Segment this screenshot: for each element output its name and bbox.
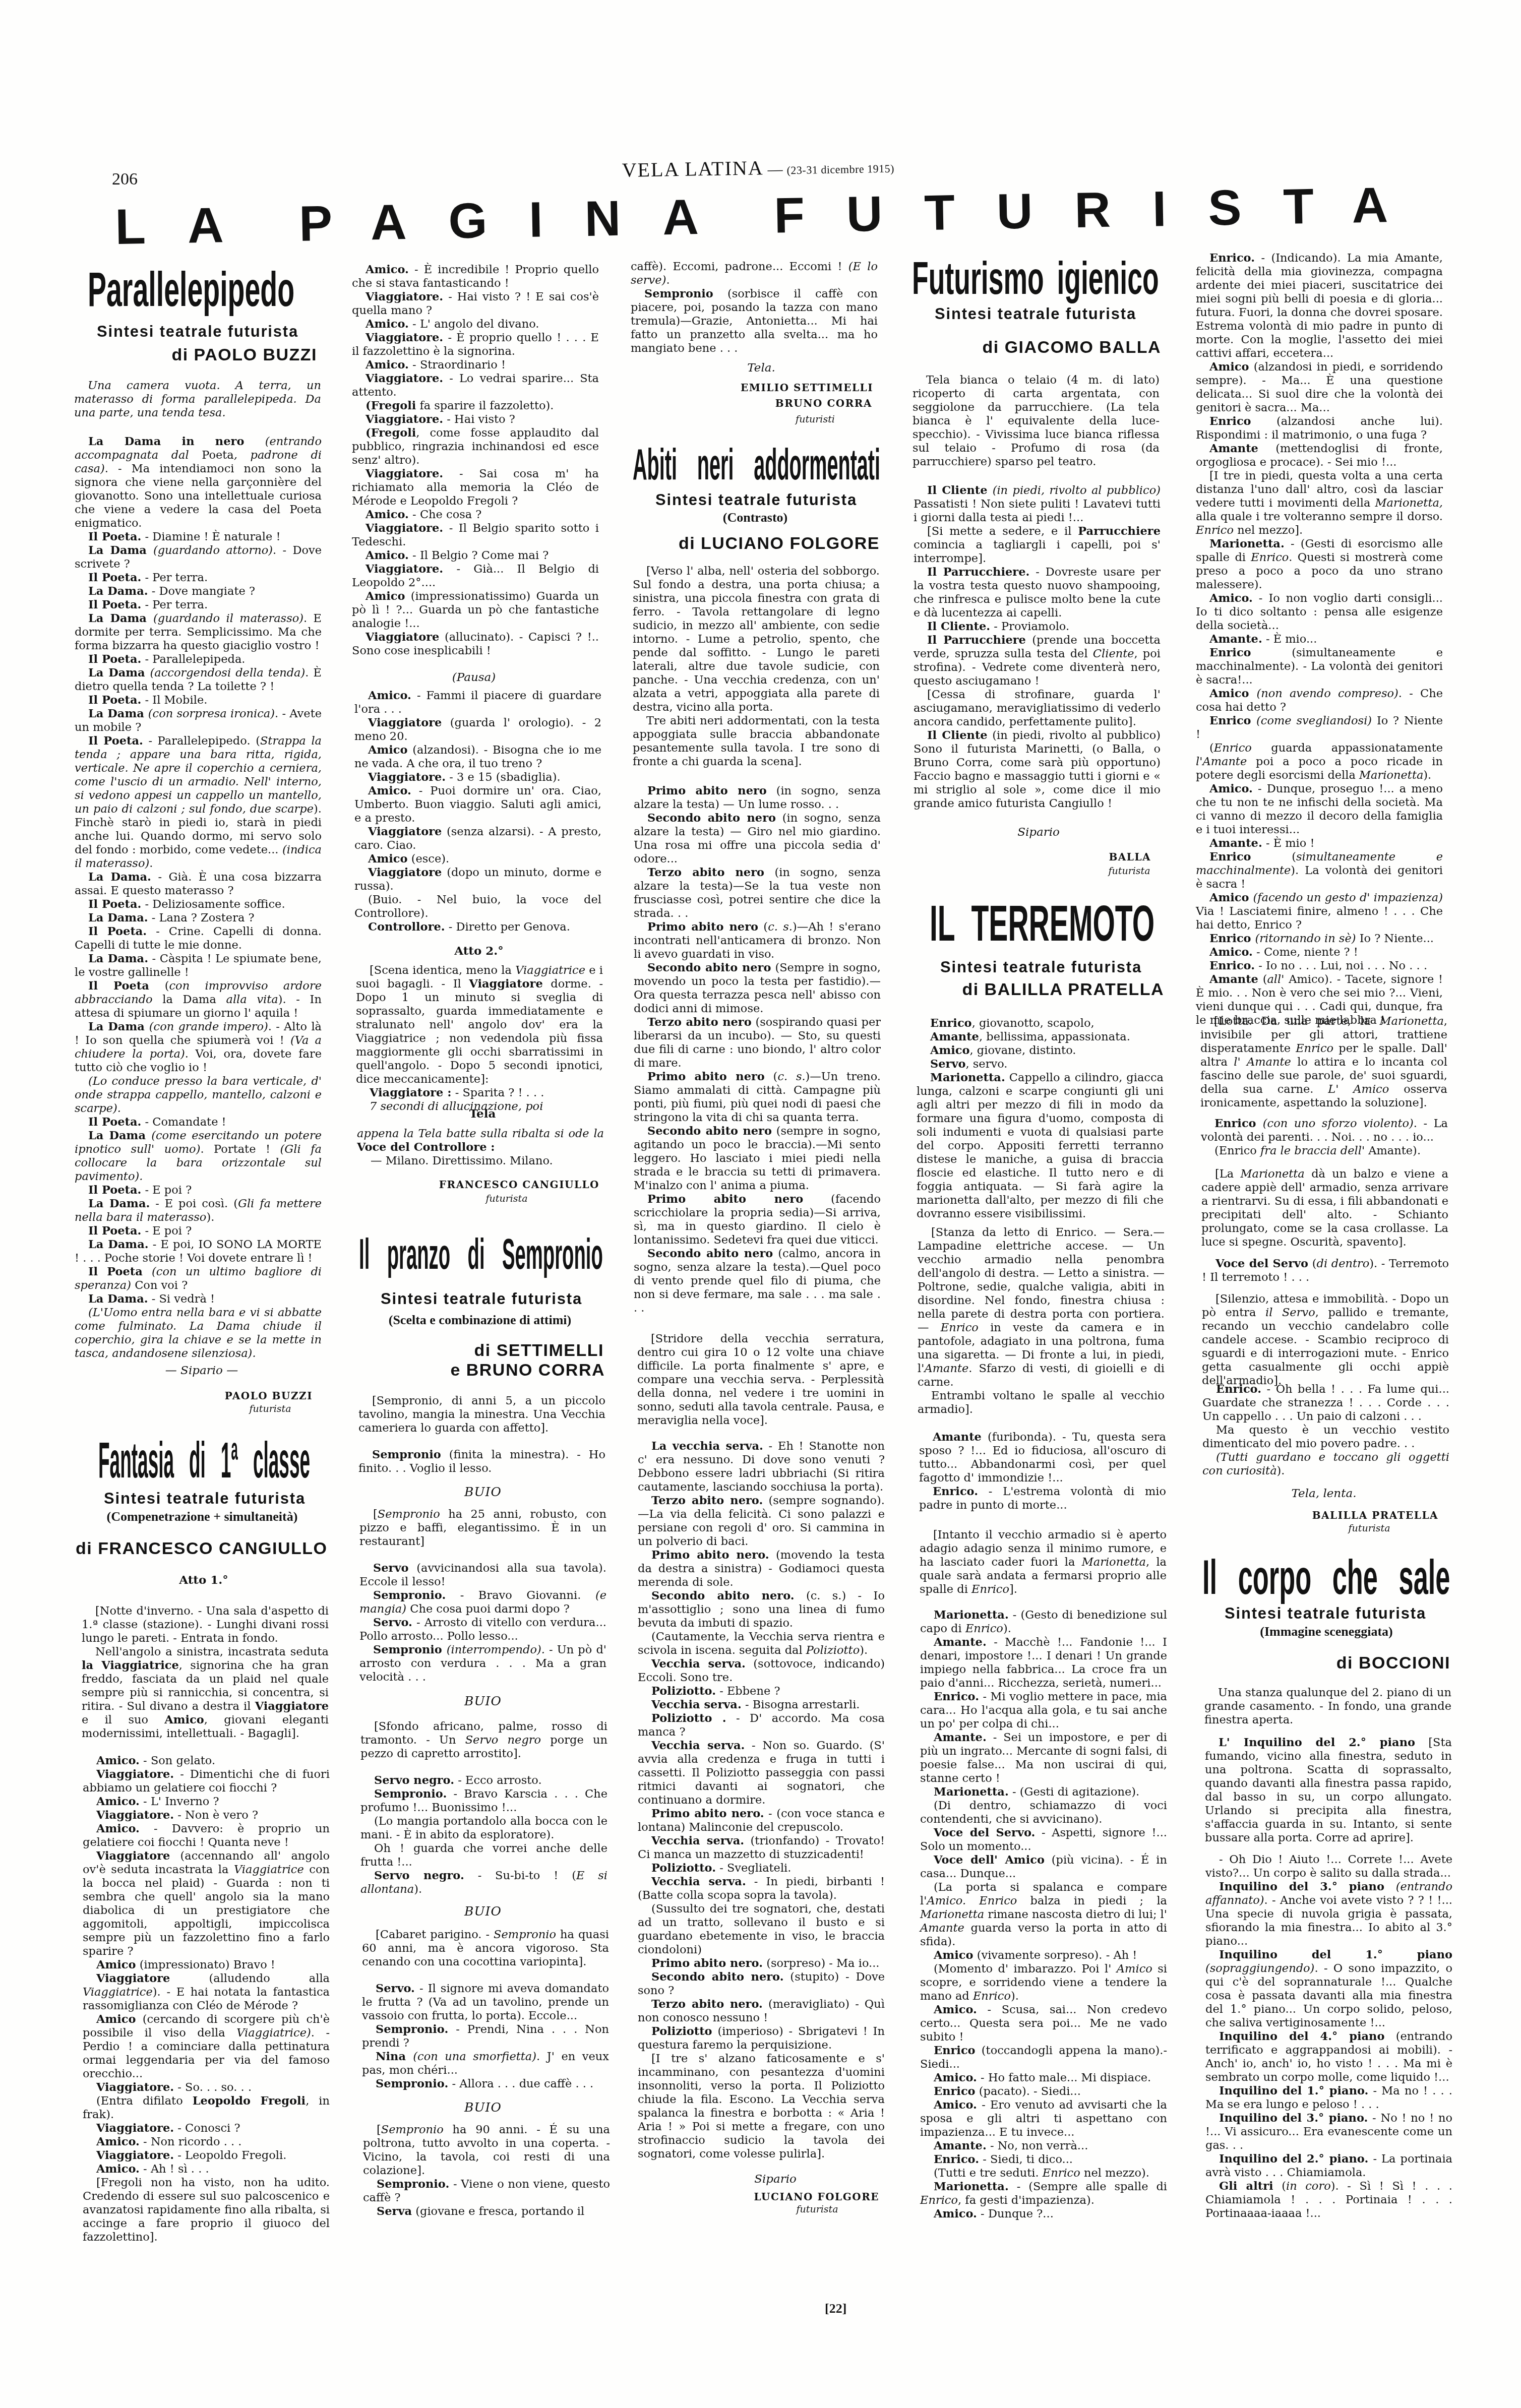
italic-text: Sempronio (494, 1928, 556, 1941)
dialogue-line: Voce dell' Amico (più vicina). - É in ca… (920, 1854, 1167, 1881)
speaker-name: Sempronio (644, 287, 713, 300)
article-title-futurismo-igienico: Futurismo igienico (912, 256, 1159, 301)
italic-text: all' (1267, 973, 1284, 986)
stage-direction: (Lo conduce presso la bara verticale, d'… (75, 1075, 322, 1116)
dialogue-line: Viaggiatore (allucinato). - Capisci ? !.… (352, 631, 599, 658)
stage-direction: (Buio. - Nel buio, la voce del Controllo… (354, 893, 601, 920)
speaker-name: Inquilino del 3.° piano. (1219, 2112, 1368, 2125)
article-author: e BRUNO CORRA (358, 1362, 605, 1379)
speaker-name: Enrico (1209, 646, 1251, 659)
speaker-name: La Dama. (88, 585, 148, 598)
dialogue-line: Amico. - Ho fatto male... Mi dispiace. (920, 2071, 1167, 2085)
speaker-name: Viaggiatore (366, 631, 439, 644)
dialogue-line: Amico (impressionato) Bravo ! (83, 1958, 330, 1972)
italic-text: Enrico (1214, 742, 1252, 755)
dialogue-block: Marionetta. - (Gesto di benedizione sul … (920, 1609, 1167, 2221)
author-signature: BRUNO CORRA (671, 397, 872, 409)
speaker-name: Voce dell' Amico (934, 1854, 1045, 1867)
dialogue-block: Voce del Servo (di dentro). - Terremoto … (1202, 1257, 1449, 1284)
dialogue-line: Sempronio. - Allora . . . due caffè . . … (362, 2077, 609, 2091)
speaker-name: Amico (366, 590, 405, 603)
stage-direction: Oh ! guarda che vorrei anche delle frutt… (360, 1842, 607, 1869)
dialogue-line: Il Poeta (con un ultimo bagliore di sper… (75, 1265, 322, 1292)
stage-direction: appena la Tela batte sulla ribalta si od… (357, 1127, 604, 1154)
dialogue-block: Amico. - È incredibile ! Proprio quello … (352, 263, 599, 658)
speaker-name: Secondo abito nero. (651, 1970, 784, 1984)
stage-direction-block: L' Inquilino del 2.° piano [Sta fumando,… (1205, 1736, 1452, 1845)
speaker-name: Parrucchiere (1078, 525, 1161, 538)
dialogue-line: Secondo abito nero (calmo, ancora in sog… (634, 1247, 881, 1315)
italic-text: Marionetta, (1375, 497, 1443, 510)
dialogue-block: Enrico (con uno sforzo violento). - La v… (1201, 1117, 1448, 1158)
speaker-name: Amico (1209, 891, 1253, 904)
italic-text: Viaggiatrice) (236, 2026, 311, 2040)
italic-text: (L'Uomo entra nella bara e vi si abbatte… (75, 1306, 322, 1360)
dialogue-line: Il Poeta. - Parallelepipeda. (75, 653, 322, 666)
speaker-name: Amico (164, 1713, 204, 1726)
speaker-name: Marionetta. (934, 2180, 1009, 2193)
speaker-name: Amico. (366, 508, 409, 521)
dialogue-line: Voce del Servo (di dentro). - Terremoto … (1202, 1257, 1449, 1284)
issue-date: (23-31 dicembre 1915) (786, 162, 894, 177)
speaker-name: Amico. (96, 1822, 140, 1835)
speaker-name: Viaggiatore. (366, 372, 443, 385)
dialogue-line: La Dama (con grande impero). - Alto là !… (75, 1020, 322, 1075)
dialogue-line: Il Cliente (in piedi, rivolto al pubblic… (914, 729, 1161, 811)
article-title-parallelepipedo: Parallelepipedo (88, 265, 294, 314)
scene-block: [Sempronio, di anni 5, a un piccolo tavo… (358, 1394, 605, 1475)
speaker-name: La Dama (88, 666, 150, 680)
speaker-name: La Dama in nero (88, 435, 265, 448)
italic-text: Amante (920, 1922, 964, 1935)
dialogue-line: Viaggiatore. - Hai visto ? (352, 413, 599, 426)
stage-direction: Una camera vuota. A terra, un materasso … (74, 379, 321, 420)
speaker-name: Amante (930, 1030, 979, 1043)
italic-text: Poliziotto (806, 1644, 860, 1657)
italic-text: (in piedi, rivolto al pubblico) (993, 484, 1161, 497)
dialogue-line: Poliziotto (imperioso) - Sbrigatevi ! In… (638, 2025, 885, 2052)
dialogue-line: Marionetta. - (Gesti di agitazione). (920, 1785, 1167, 1799)
dialogue-line: Primo abito nero (c. s.)—Ah ! s'erano in… (634, 920, 881, 961)
speaker-name: Viaggiatore (96, 1972, 170, 1985)
dialogue-line: Enrico. - Mi voglio mettere in pace, mia… (920, 1690, 1167, 1731)
speaker-name: Amico (1209, 687, 1256, 700)
speaker-name: Viaggiatore (368, 825, 442, 838)
italic-text: (guardando il materasso) (153, 612, 303, 625)
dialogue-line: Amico (alzandosi in piedi, e sorridendo … (1196, 360, 1443, 415)
italic-text: il Servo (1265, 1306, 1315, 1319)
scene-block: [Sempronio ha 25 anni, robusto, con pizz… (359, 1508, 606, 1684)
dialogue-line: Viaggiatore. - Leopoldo Fregoli. (83, 2149, 330, 2163)
speaker-name: Enrico. (1216, 1383, 1261, 1396)
speaker-name: Primo abito nero (647, 1193, 803, 1206)
article-subtitle: (Immagine sceneggiata) (1203, 1624, 1450, 1639)
dialogue-line: Il Poeta. - Parallelepipedo. (Strappa la… (75, 734, 322, 871)
speaker-name: Enrico (1209, 850, 1251, 863)
article-author: di FRANCESCO CANGIULLO (76, 1540, 323, 1557)
speaker-name: Vecchia serva. (651, 1698, 742, 1711)
dialogue-line: Viaggiatore (accennando all' angolo ov'è… (83, 1849, 330, 1958)
italic-text: (sopraggiungendo) (1205, 1962, 1314, 1975)
dialogue-line: Inquilino del 1.° piano. - Ma no ! . . .… (1205, 2084, 1452, 2112)
author-role: futurista (220, 1403, 321, 1414)
speaker-name: Voce del Servo. (934, 1826, 1035, 1839)
dialogue-line: Amico. - L' angolo del divano. (352, 318, 599, 331)
dialogue-line: La Dama. - Già. È una cosa bizzarra assa… (75, 871, 322, 898)
dialogue-line: Il Poeta. - Diamine ! È naturale ! (75, 530, 322, 544)
dialogue-line: Viaggiatore. - So. . . so. . . (83, 2081, 330, 2094)
curtain-line: Tela, lenta. (1248, 1487, 1400, 1501)
speaker-name: Servo negro. (374, 1774, 454, 1787)
speaker-name: Amico (368, 852, 408, 866)
italic-text: Marionetta (1380, 1015, 1444, 1028)
dialogue-line: Sempronio. - Bravo Karscia . . . Che pro… (360, 1787, 607, 1815)
dialogue-line: Il Poeta. - Comandate ! (75, 1116, 322, 1129)
author-role: futurista (1079, 866, 1180, 877)
stage-direction: [Scena identica, meno la Viaggiatrice e … (356, 964, 603, 1086)
dialogue-line: La Dama (accorgendosi della tenda). È di… (75, 666, 322, 694)
page-number: 206 (112, 171, 138, 188)
stage-direction: [Verso l' alba, nell' osteria del sobbor… (633, 565, 880, 714)
stage-direction: caffè). Eccomi, padrone... Eccomi ! (E l… (631, 260, 878, 287)
italic-text: Amico. Enrico (927, 1894, 1017, 1907)
speaker-name: Serva (377, 2205, 412, 2218)
dialogue-line: La Dama. - Lana ? Zostera ? (75, 911, 322, 925)
dialogue-line: Inquilino del 2.° piano. - La portinaia … (1205, 2152, 1452, 2180)
speaker-name: Enrico (1209, 714, 1256, 727)
speaker-name: Amante. (934, 1731, 987, 1744)
dialogue-line: Secondo abito nero (sempre in sogno, agi… (634, 1125, 881, 1193)
dialogue-line: Enrico (pacato). - Siedi... (920, 2085, 1167, 2098)
author-signature: BALILLA PRATELLA (1237, 1509, 1438, 1521)
speaker-name: Sempronio. (376, 2077, 448, 2090)
article-author: di SETTIMELLI (357, 1342, 604, 1359)
article-author: di BOCCIONI (1203, 1654, 1450, 1672)
speaker-name: Amico. (1209, 946, 1253, 959)
italic-text: (E lo serve) (631, 260, 878, 287)
speaker-name: Amante. (1209, 633, 1262, 646)
dialogue-line: Enrico (alzandosi anche lui). Rispondimi… (1196, 415, 1443, 442)
speaker-name: Servo negro. (374, 1869, 464, 1882)
speaker-name: La Dama. (88, 952, 148, 965)
article-author: di GIACOMO BALLA (914, 339, 1161, 356)
curtain-line: Tela (432, 1107, 533, 1121)
speaker-name: Vecchia serva. (651, 1875, 746, 1888)
speaker-name: Il Poeta (88, 979, 165, 993)
dialogue-line: Marionetta. - (Gesti di esorcismo alle s… (1196, 537, 1443, 592)
dialogue-line: Enrico (ritornando in sè) Io ? Niente... (1196, 932, 1443, 946)
speaker-name: Viaggiatore (368, 716, 442, 729)
stage-direction: [Sfondo africano, palme, rosso di tramon… (360, 1720, 607, 1761)
speaker-name: Voce del Controllore : (357, 1141, 495, 1154)
dialogue-line: Primo abito nero (facendo scricchiolare … (634, 1193, 881, 1247)
dialogue-line: Amante. - No, non verrà... (920, 2139, 1167, 2153)
speaker-name: Amico. (96, 1754, 140, 1767)
dialogue-line: Secondo abito nero. (stupito) - Dove son… (638, 1970, 885, 1998)
stage-direction: [Sempronio ha 90 anni. - É su una poltro… (363, 2123, 610, 2178)
stage-direction: (Sussulto dei tre sognatori, che, destat… (638, 1902, 885, 1957)
italic-text: Enrico (971, 1583, 1009, 1596)
dialogue-line: Inquilino del 4.° piano (entrando terrif… (1205, 2030, 1452, 2084)
speaker-name: Il Poeta. (88, 1224, 141, 1238)
dialogue-line: Viaggiatore. - 3 e 15 (sbadiglia). (354, 771, 601, 784)
scene-setting: [Verso l' alba, nell' osteria del sobbor… (633, 565, 880, 769)
italic-text: Servo negro (465, 1734, 541, 1747)
speaker-name: Il Parrucchiere. (927, 566, 1029, 579)
dialogue-line: Servo. - Arrosto di vitello con verdura.… (359, 1616, 606, 1643)
speaker-name: Amico. (366, 549, 409, 562)
speaker-name: Viaggiatore (255, 1700, 329, 1713)
character-list: Enrico, giovanotto, scapolo,Amante, bell… (917, 1017, 1164, 1221)
speaker-name: Enrico (934, 2044, 976, 2057)
blackout-marker: BUIO (433, 1904, 533, 1918)
speaker-name: Amico. (368, 784, 411, 797)
dialogue-line: Enrico. - Io no . . . Lui, noi . . . No … (1196, 959, 1443, 973)
dialogue-block: Primo abito nero (in sogno, senza alzare… (634, 784, 881, 1315)
dialogue-line: Amico. - Io non voglio darti consigli...… (1196, 592, 1443, 633)
italic-text: Viaggiatrice (234, 1863, 304, 1876)
speaker-name: La Dama (88, 1129, 151, 1142)
dialogue-block: Amante (furibonda). - Tu, questa sera sp… (919, 1431, 1166, 1512)
speaker-name: Marionetta. (930, 1071, 1005, 1084)
dialogue-line: Terzo abito nero (in sogno, senza alzare… (634, 866, 881, 920)
speaker-name: Il Poeta. (88, 598, 141, 611)
speaker-name: Il Poeta. (88, 1116, 141, 1129)
speaker-name: Secondo abito nero (647, 1247, 773, 1260)
dialogue-line: Viaggiatore. - Il Belgio sparito sotto i… (352, 522, 599, 549)
stage-direction: Tre abiti neri addormentati, con la test… (633, 714, 880, 769)
italic-text: (Va a chiudere la porta) (75, 1034, 322, 1061)
stage-direction: (Enrico fra le braccia dell' Amante). (1201, 1144, 1448, 1158)
dialogue-line: Amante. - Sei un impostore, e per di più… (920, 1731, 1167, 1785)
running-head-dash: — (767, 161, 783, 178)
speaker-name: Viaggiatore (96, 1849, 170, 1863)
speaker-name: Secondo abito nero (647, 1125, 772, 1138)
speaker-name: Enrico (930, 1017, 972, 1030)
stage-direction: [Cessa di strofinare, guarda l' asciugam… (914, 688, 1161, 729)
stage-direction: (La porta si spalanca e compare l'Amico.… (920, 1881, 1167, 1949)
dialogue-line: Amico (cercando di scorgere più ch'è pos… (83, 2013, 330, 2081)
italic-text: Amico (1117, 1962, 1152, 1975)
dialogue-line: Enrico (simultaneamente e macchinalmente… (1196, 646, 1443, 687)
italic-text: (facendo un gesto d' impazienza) (1253, 891, 1443, 904)
dialogue-line: Terzo abito nero. (sempre sognando). —La… (638, 1494, 885, 1549)
dialogue-line: Il Cliente (in piedi, rivolto al pubblic… (914, 484, 1161, 525)
article-author: di PAOLO BUZZI (70, 346, 317, 363)
speaker-name: Leopoldo Fregoli (193, 2094, 306, 2108)
stage-direction: [Stridore della vecchia serratura, dentr… (637, 1332, 884, 1428)
dialogue-line: La Dama. - Dove mangiate ? (75, 585, 322, 598)
italic-text: (con grande impero) (149, 1020, 268, 1033)
dialogue-line: Il Parrucchiere. - Dovreste usare per la… (914, 566, 1161, 620)
dialogue-line: Sempronio (interrompendo). - Un pò d' ar… (359, 1643, 606, 1684)
speaker-name: Primo abito nero (647, 920, 758, 934)
speaker-name: Amico. (368, 689, 411, 702)
dialogue-line: Viaggiatore (dopo un minuto, dorme e rus… (354, 866, 601, 893)
dialogue-line: La Dama (guardando il materasso). E dorm… (75, 612, 322, 653)
scene-block: [Cabaret parigino. - Sempronio ha quasi … (362, 1928, 609, 2091)
article-author: di BALILLA PRATELLA (917, 981, 1164, 998)
speaker-name: Viaggiatore. (96, 1809, 174, 1822)
author-role: futurista (1319, 1523, 1420, 1534)
dialogue-line: Servo. - Il signore mi aveva domandato l… (362, 1982, 609, 2023)
dialogue-line: Il Parrucchiere (prende una boccetta ver… (914, 634, 1161, 688)
italic-text: (ritornando in sè) (1255, 932, 1356, 945)
speaker-name: (Fregoli (366, 426, 416, 440)
italic-text: Enrico (1196, 524, 1234, 537)
speaker-name: Il Cliente (927, 484, 993, 497)
speaker-name: La Dama. (88, 911, 148, 924)
speaker-name: Enrico. (1209, 959, 1255, 972)
italic-text: c. s. (768, 920, 793, 934)
article-title-terremoto: IL TERREMOTO (930, 898, 1154, 949)
speaker-name: Enrico. (1209, 252, 1255, 265)
speaker-name: La Dama. (88, 1292, 148, 1306)
article-genre: Sintesi teatrale futurista (74, 324, 321, 339)
dialogue-line: Il Poeta. - E poi ? (75, 1224, 322, 1238)
italic-text: l' Amante (1234, 1056, 1291, 1069)
dialogue-line: Marionetta. Cappello a cilindro, giacca … (917, 1071, 1164, 1221)
stage-direction: Una stanza qualunque del 2. piano di un … (1204, 1686, 1451, 1727)
author-signature: BALLA (949, 851, 1151, 863)
speaker-name: Amico. (366, 318, 409, 331)
speaker-name: Amante (933, 1431, 982, 1444)
dialogue-line: Terzo abito nero (sospirando quasi per l… (634, 1016, 881, 1070)
scene-setting: [Stanza da letto di Enrico. — Sera.— Lam… (918, 1226, 1165, 1416)
italic-text: (indica il materasso) (75, 843, 322, 870)
dialogue-line: Amante. - È mio... (1196, 633, 1443, 646)
dialogue-line: (Fregoli fa sparire il fazzoletto). (352, 399, 599, 413)
article-subtitle: (Compenetrazione + simultaneità) (79, 1509, 326, 1524)
speaker-name: Primo abito nero (647, 1070, 765, 1083)
publication-name: VELA LATINA (622, 156, 764, 181)
dialogue-line: La Dama. - Càspita ! Le spiumate bene, l… (75, 952, 322, 979)
stage-direction-block: [Intanto il vecchio armadio si è aperto … (920, 1528, 1167, 1596)
stage-direction: (Momento d' imbarazzo. Poi l' Amico si s… (920, 1962, 1167, 2003)
speaker-name: Enrico (1209, 415, 1251, 428)
dialogue-line: Servo (avvicinandosi alla sua tavola). E… (359, 1562, 606, 1589)
dialogue-line: Amante. - È mio ! (1196, 837, 1443, 850)
curtain-line: — Sipario — (126, 1364, 277, 1378)
italic-text: Enrico (973, 1990, 1011, 2003)
author-signature: LUCIANO FOLGORE (678, 2191, 879, 2203)
speaker-name: Secondo abito nero (647, 812, 776, 825)
speaker-name: Sempronio. (377, 2178, 449, 2191)
dialogue-line: Amante (mettendoglisi di fronte, orgogli… (1196, 442, 1443, 469)
italic-text: Marionetta (1241, 1167, 1305, 1181)
dialogue-line: La vecchia serva. - Eh ! Stanotte non c'… (638, 1440, 885, 1494)
italic-text: c. s. (777, 1070, 805, 1083)
article-genre: Sintesi teatrale futurista (912, 306, 1159, 322)
blackout-marker: BUIO (433, 1485, 533, 1499)
italic-text: Enrico (965, 1622, 1003, 1635)
speaker-name: Sempronio. (373, 1589, 446, 1602)
dialogue-line: (Fregoli, come fosse applaudito dal pubb… (352, 426, 599, 467)
stage-direction: — Milano. Direttissimo. Milano. (357, 1154, 604, 1168)
speaker-name: Il Parrucchiere (927, 634, 1026, 647)
speaker-name: Primo abito nero. (651, 1549, 769, 1562)
speaker-name: Enrico. (933, 1485, 978, 1498)
speaker-name: Terzo abito nero. (651, 1494, 763, 1507)
dialogue-line: Enrico. - Oh bella ! . . . Fa lume qui..… (1202, 1383, 1449, 1424)
dialogue-line: Enrico, giovanotto, scapolo, (917, 1017, 1164, 1030)
speaker-name: Amante. (934, 2139, 987, 2152)
dialogue-line: Nina (con una smorfietta). J' en veux pa… (362, 2050, 609, 2077)
dialogue-block: Il Cliente (in piedi, rivolto al pubblic… (914, 484, 1161, 811)
speaker-name: Amico. (934, 2003, 977, 2016)
speaker-name: Viaggiatore. (366, 467, 443, 480)
speaker-name: Il Poeta. (88, 925, 147, 938)
speaker-name: Amante (1209, 973, 1258, 986)
dialogue-line: Amico. - Non ricordo . . . (83, 2135, 330, 2149)
italic-text: Una camera vuota. A terra, un materasso … (74, 379, 321, 419)
dialogue-line: La Dama in nero (entrando accompagnata d… (75, 435, 322, 530)
stage-direction: [Intanto il vecchio armadio si è aperto … (920, 1528, 1167, 1596)
article-author: di LUCIANO FOLGORE (633, 535, 880, 552)
speaker-name: Amico. (366, 263, 409, 276)
speaker-name: Il Poeta. (88, 653, 141, 666)
scene-setting: [Notte d'inverno. - Una sala d'aspetto d… (82, 1604, 329, 1741)
italic-text: in coro (1286, 2180, 1331, 2193)
act-heading: Atto 1.° (153, 1573, 254, 1587)
italic-text: l'Amante (1196, 755, 1247, 768)
stage-direction: Tela bianca o telaio (4 m. di lato) rico… (912, 374, 1160, 469)
dialogue-line: Il Poeta. - Deliziosamente soffice. (75, 898, 322, 911)
dialogue-line: Vecchia serva. - Non so. Guardo. (S' avv… (638, 1739, 885, 1807)
scene-setting: Una stanza qualunque del 2. piano di un … (1204, 1686, 1451, 1727)
speaker-name: Viaggiatore : (370, 1086, 452, 1099)
speaker-name: Enrico (1214, 1117, 1263, 1130)
speaker-name: Viaggiatore. (366, 522, 443, 535)
italic-text: Marionetta (1359, 769, 1423, 782)
newspaper-page: 206 VELA LATINA—(23-31 dicembre 1915) LA… (0, 0, 1521, 2408)
dialogue-line: Marionetta. - (Sempre alle spalle di Enr… (920, 2180, 1167, 2207)
speaker-name: La Dama. (88, 1197, 150, 1210)
dialogue-line: Viaggiatore. - Conosci ? (83, 2122, 330, 2135)
stage-direction: Nell'angolo a sinistra, incastrata sedut… (82, 1645, 329, 1741)
dialogue-line: Enrico. - L'estrema volontà di mio padre… (919, 1485, 1166, 1512)
dialogue-line: Viaggiatore (alludendo alla Viaggiatrice… (83, 1972, 330, 2013)
italic-text: Enrico (1296, 1042, 1333, 1055)
dialogue-line: Il Cliente. - Proviamolo. (914, 620, 1161, 634)
speaker-name: Poliziotto . (651, 1712, 726, 1725)
article-title-corpo-che-sale: Il corpo che sale (1202, 1553, 1450, 1601)
italic-text: (con uno sforzo violento) (1263, 1117, 1414, 1130)
speaker-name: Il Cliente (927, 729, 988, 742)
folio-number: [22] (825, 2302, 846, 2315)
article-genre: Sintesi teatrale futurista (918, 959, 1165, 975)
stage-direction: (Tutti guardano e toccano gli oggetti co… (1202, 1451, 1449, 1478)
speaker-name: Primo abito nero. (651, 1807, 764, 1820)
dialogue-line: La Dama. - Si vedrà ! (75, 1292, 322, 1306)
stage-direction: [Sempronio ha 25 anni, robusto, con pizz… (359, 1508, 606, 1549)
speaker-name: Primo abito nero. (651, 1957, 763, 1970)
speaker-name: Amico (96, 2013, 136, 2026)
dialogue-line: Enrico. - Siedi, ti dico... (920, 2153, 1167, 2167)
stage-direction: [Notte d'inverno. - Una sala d'aspetto d… (82, 1604, 329, 1645)
dialogue-line: La Dama (come esercitando un potere ipno… (75, 1129, 322, 1184)
dialogue-line: Amico. - Ah ! sì . . . (83, 2163, 330, 2176)
speaker-name: Inquilino del 2.° piano. (1219, 2152, 1368, 2166)
italic-text: Viaggiatrice (83, 1986, 153, 1999)
dialogue-block: La vecchia serva. - Eh ! Stanotte non c'… (638, 1440, 885, 2161)
speaker-name: Amico (934, 1949, 974, 1962)
stage-direction: (Cautamente, la Vecchia serva rientra e … (638, 1630, 885, 1657)
stage-direction: (Enrico guarda appassionatamente l'Amant… (1196, 742, 1443, 782)
dialogue-line: Servo, servo. (917, 1058, 1164, 1071)
dialogue-line: Sempronio. - Prendi, Nina . . . Non pren… (362, 2023, 609, 2050)
dialogue-line: Amico. - Son gelato. (83, 1754, 330, 1768)
